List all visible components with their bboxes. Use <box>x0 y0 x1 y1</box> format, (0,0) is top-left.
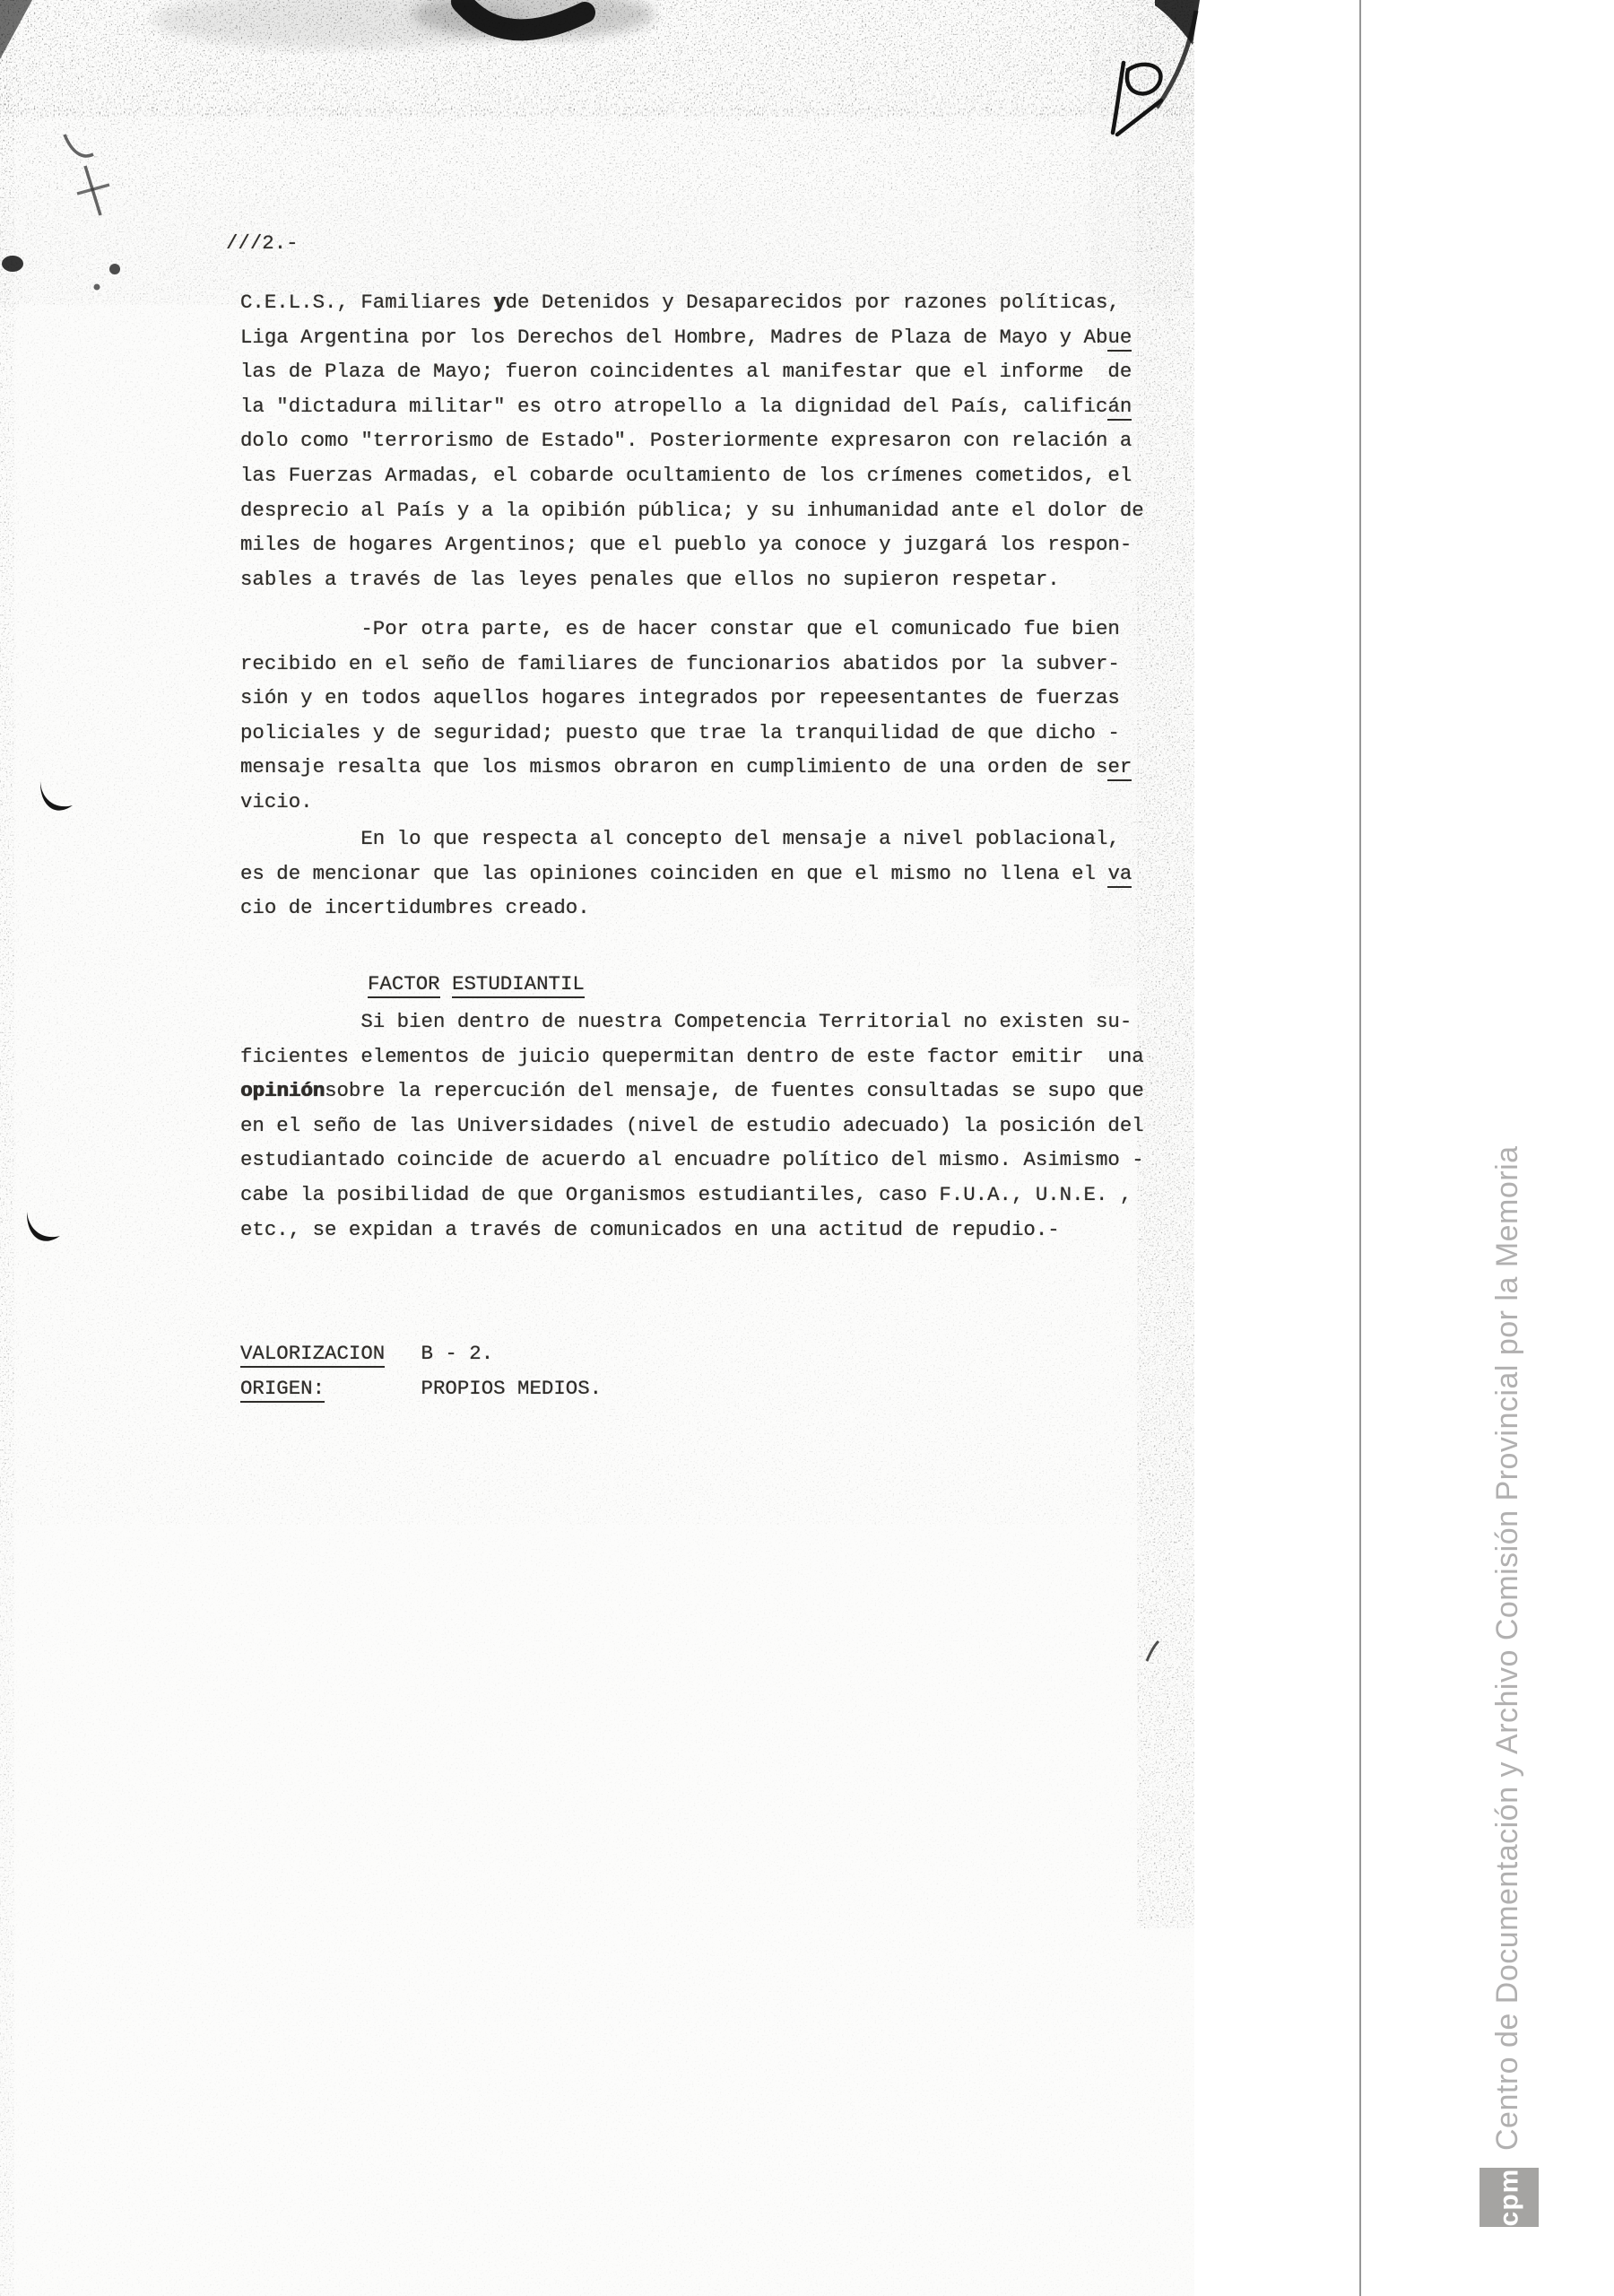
document-line: sables a través de las leyes penales que… <box>240 562 1144 597</box>
archive-watermark-text: Centro de Documentación y Archivo Comisi… <box>1490 1145 1525 2151</box>
page-number-marker: ///2.- <box>226 226 299 261</box>
document-line: C.E.L.S., Familiares yde Detenidos y Des… <box>240 285 1144 320</box>
origin-line: ORIGEN: PROPIOS MEDIOS. <box>240 1371 602 1406</box>
document-line: Liga Argentina por los Derechos del Homb… <box>240 320 1144 355</box>
document-line: vicio. <box>240 785 1132 820</box>
section-heading-factor-estudiantil: FACTOR ESTUDIANTIL <box>368 967 585 1002</box>
document-line: cabe la posibilidad de que Organismos es… <box>240 1178 1144 1213</box>
document-line: -Por otra parte, es de hacer constar que… <box>240 612 1132 647</box>
valorization-line: VALORIZACION B - 2. <box>240 1336 493 1371</box>
paragraph-comunicado-recibido: -Por otra parte, es de hacer constar que… <box>240 612 1132 820</box>
document-line: las Fuerzas Armadas, el cobarde ocultami… <box>240 458 1144 493</box>
document-line: miles de hogares Argentinos; que el pueb… <box>240 527 1144 562</box>
document-line: la "dictadura militar" es otro atropello… <box>240 389 1144 424</box>
document-line: las de Plaza de Mayo; fueron coincidente… <box>240 354 1144 389</box>
document-line: opiniónsobre la repercución del mensaje,… <box>240 1074 1144 1109</box>
document-line: es de mencionar que las opiniones coinci… <box>240 857 1132 891</box>
document-line: ficientes elementos de juicio quepermita… <box>240 1039 1144 1074</box>
document-line: recibido en el seño de familiares de fun… <box>240 647 1132 682</box>
cpm-logo: cpm <box>1479 2168 1539 2227</box>
paragraph-organizations-statement: C.E.L.S., Familiares yde Detenidos y Des… <box>240 285 1144 596</box>
document-line: desprecio al País y a la opibión pública… <box>240 493 1144 528</box>
document-line: estudiantado coincide de acuerdo al encu… <box>240 1143 1144 1178</box>
document-line: en el seño de las Universidades (nivel d… <box>240 1109 1144 1144</box>
paragraph-factor-estudiantil: Si bien dentro de nuestra Competencia Te… <box>240 1004 1144 1247</box>
document-line: mensaje resalta que los mismos obraron e… <box>240 750 1132 785</box>
document-line: FACTOR ESTUDIANTIL <box>368 967 585 1002</box>
document-line: En lo que respecta al concepto del mensa… <box>240 822 1132 857</box>
document-line: VALORIZACION B - 2. <box>240 1336 493 1371</box>
document-line: sión y en todos aquellos hogares integra… <box>240 681 1132 716</box>
document-line: Si bien dentro de nuestra Competencia Te… <box>240 1004 1144 1039</box>
scanned-document-page: ///2.-C.E.L.S., Familiares yde Detenidos… <box>0 0 1614 2296</box>
document-line: ORIGEN: PROPIOS MEDIOS. <box>240 1371 602 1406</box>
document-line: etc., se expidan a través de comunicados… <box>240 1213 1144 1248</box>
cpm-logo-label: cpm <box>1494 2169 1524 2227</box>
document-line: cio de incertidumbres creado. <box>240 891 1132 926</box>
document-line: policiales y de seguridad; puesto que tr… <box>240 716 1132 751</box>
paragraph-concepto-poblacional: En lo que respecta al concepto del mensa… <box>240 822 1132 926</box>
document-line: dolo como "terrorismo de Estado". Poster… <box>240 423 1144 458</box>
document-line: ///2.- <box>226 226 299 261</box>
document-text: ///2.-C.E.L.S., Familiares yde Detenidos… <box>0 0 1614 2296</box>
